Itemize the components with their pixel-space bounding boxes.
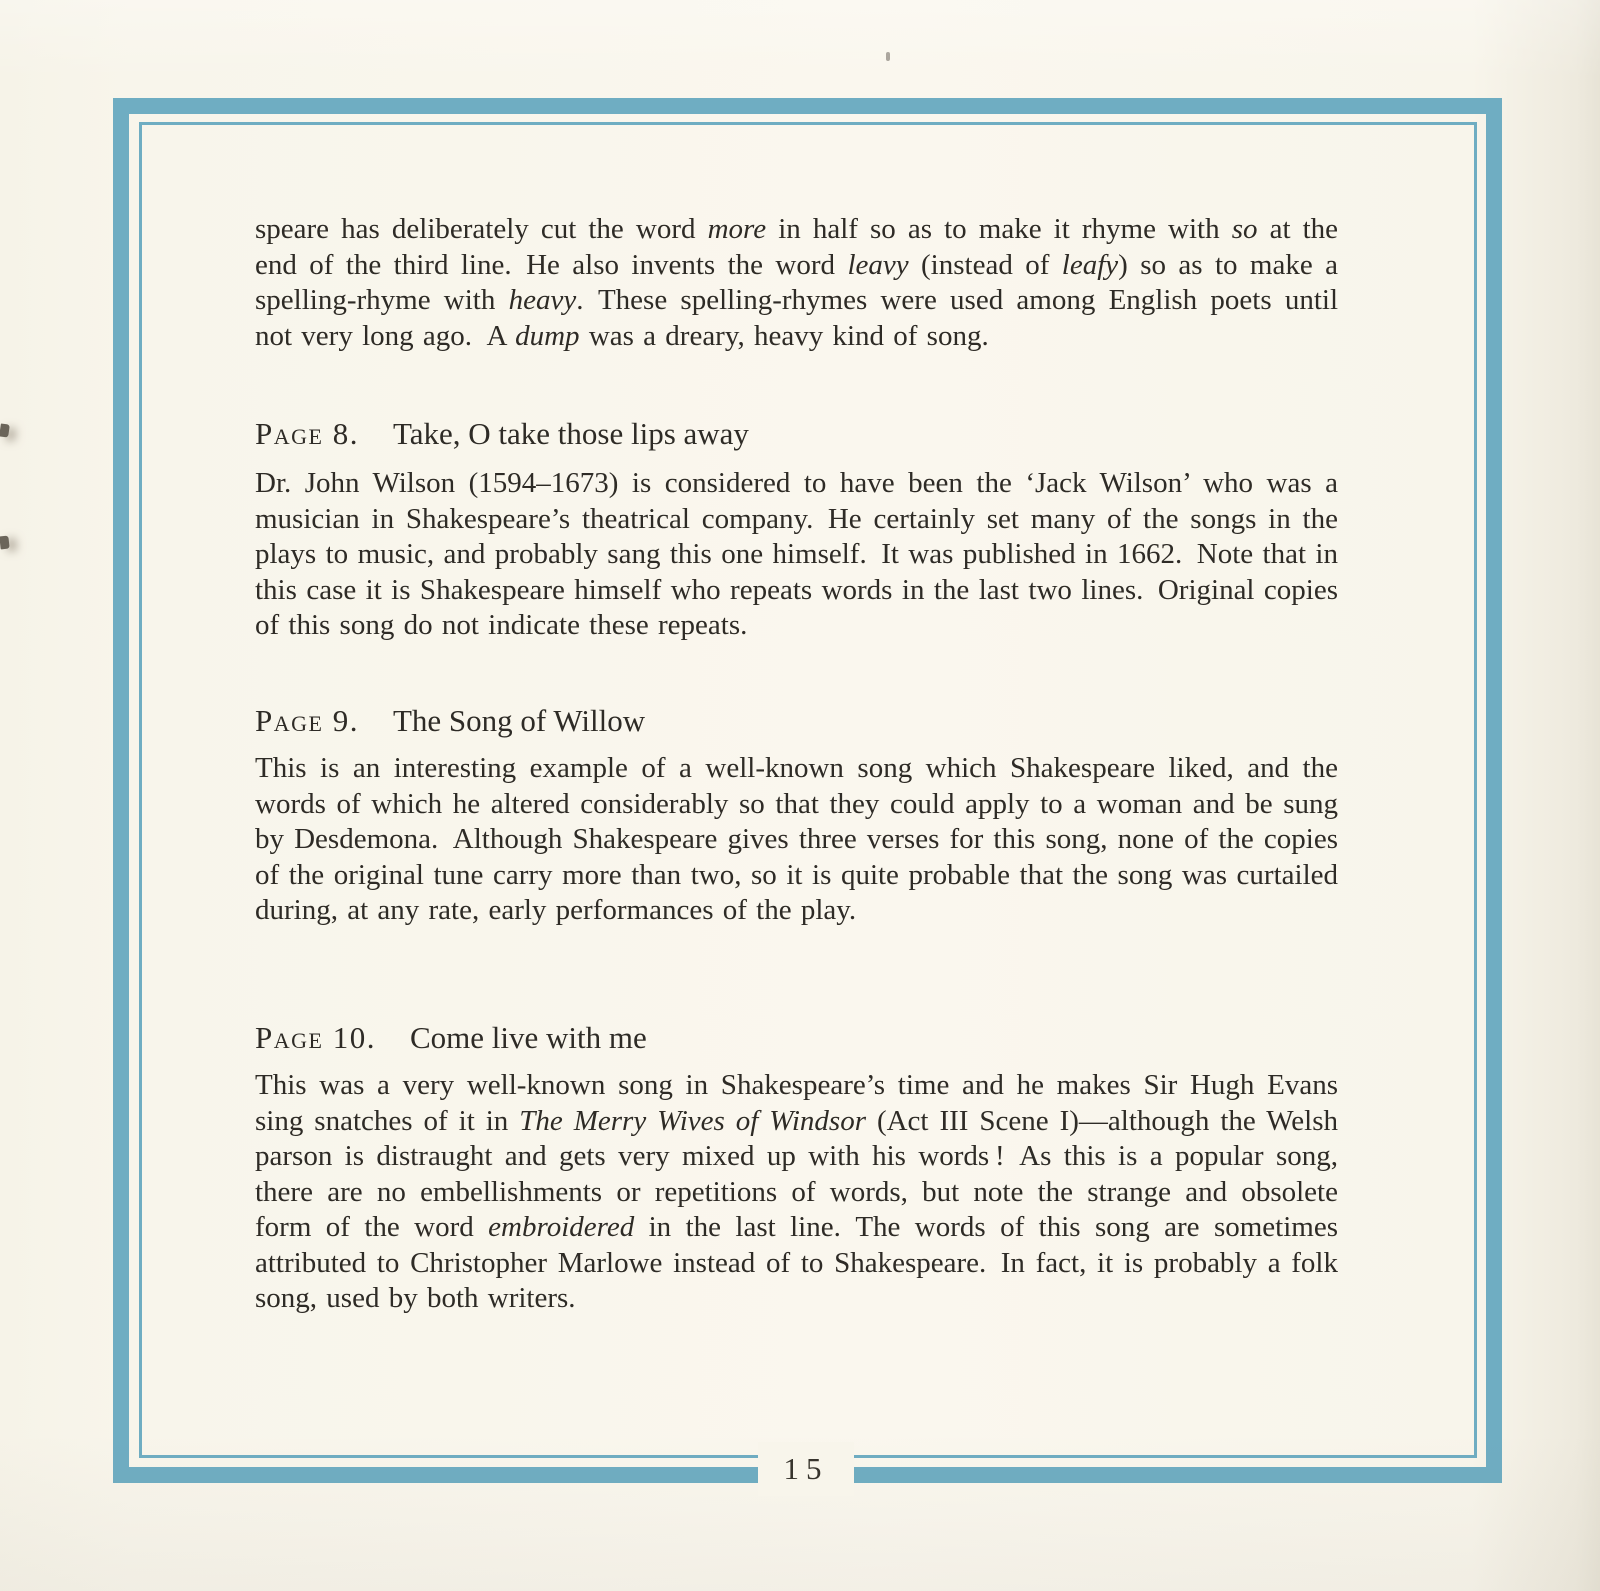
heading-page-8: Page 8.Take, O take those lips away (255, 414, 1338, 454)
page-8-label: Page 8. (255, 416, 359, 451)
page-number-patch: 15 (758, 1442, 854, 1496)
page-9-label: Page 9. (255, 703, 359, 738)
scanned-booklet-page: speare has deliberately cut the word mor… (0, 0, 1600, 1591)
binding-staple-mark (0, 423, 10, 437)
page-9-title: The Song of Willow (393, 703, 645, 738)
paragraph-page-10-note: This was a very well-known song in Shake… (255, 1068, 1338, 1317)
page-10-title: Come live with me (410, 1020, 647, 1055)
heading-page-9: Page 9.The Song of Willow (255, 701, 1338, 741)
binding-staple-mark (0, 536, 10, 550)
scan-speck (886, 52, 890, 61)
heading-page-10: Page 10.Come live with me (255, 1018, 1338, 1058)
page-number: 15 (784, 1451, 829, 1487)
page-8-title: Take, O take those lips away (393, 416, 749, 451)
paragraph-page-9-note: This is an interesting example of a well… (255, 751, 1338, 929)
page-10-label: Page 10. (255, 1020, 376, 1055)
paragraph-spelling-rhymes: speare has deliberately cut the word mor… (255, 212, 1338, 354)
paragraph-page-8-note: Dr. John Wilson (1594–1673) is considere… (255, 466, 1338, 644)
